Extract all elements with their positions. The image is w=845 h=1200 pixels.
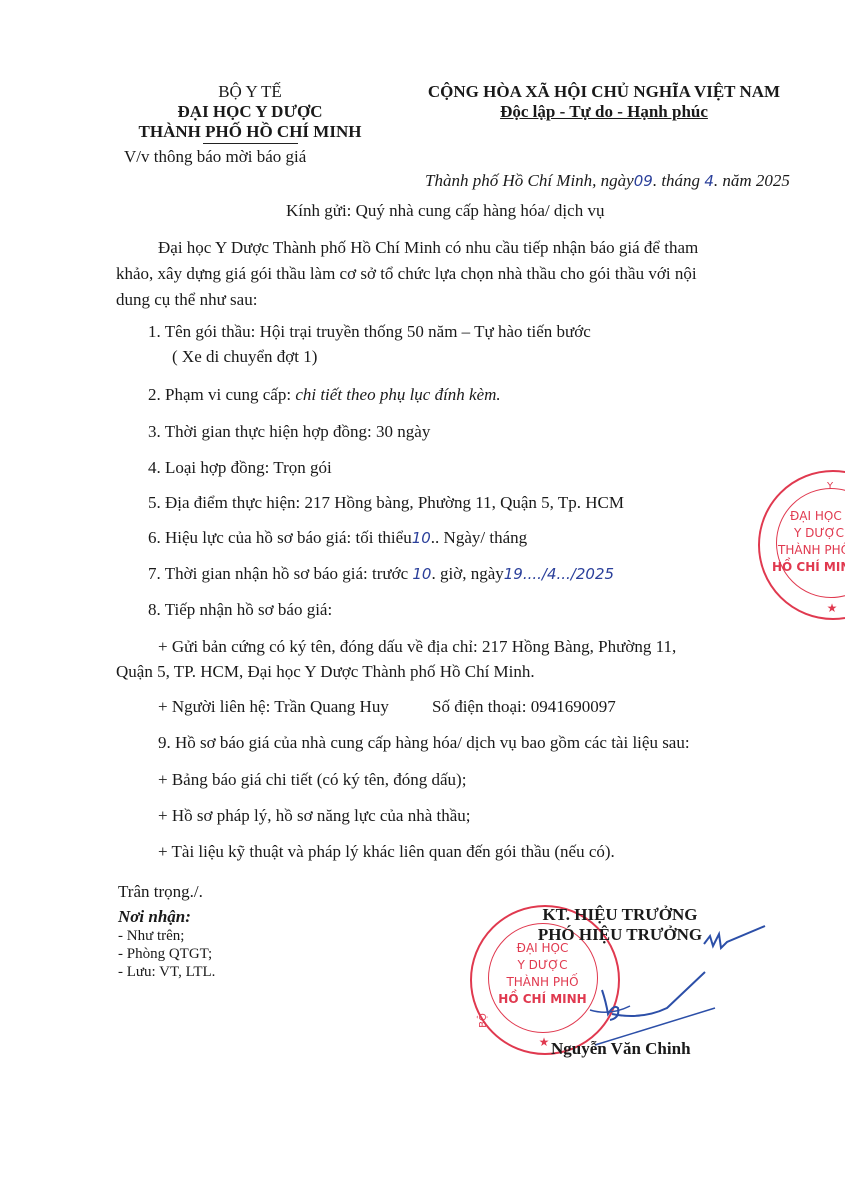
item-8-contact: + Người liên hệ: Trần Quang Huy [158, 697, 389, 717]
intro-line1: Đại học Y Dược Thành phố Hồ Chí Minh có … [158, 238, 698, 258]
item-9-c: + Tài liệu kỹ thuật và pháp lý khác liên… [158, 842, 615, 862]
partial-stamp-top-letter: Y [824, 478, 836, 495]
item-8: 8. Tiếp nhận hồ sơ báo giá: [148, 600, 332, 620]
item-9: 9. Hồ sơ báo giá của nhà cung cấp hàng h… [158, 733, 690, 753]
item-7: 7. Thời gian nhận hồ sơ báo giá: trước 1… [148, 564, 614, 584]
signatory-title1: KT. HIỆU TRƯỞNG [520, 905, 720, 925]
deadline-hour-handwritten: 10 [412, 565, 431, 583]
deadline-date-handwritten: 19..../4.../2025 [504, 565, 614, 583]
signature-block: KT. HIỆU TRƯỞNG PHÓ HIỆU TRƯỞNG [520, 905, 720, 945]
header-right: CỘNG HÒA XÃ HỘI CHỦ NGHĨA VIỆT NAM Độc l… [404, 82, 804, 122]
subject-line: V/v thông báo mời báo giá [124, 147, 306, 167]
stamp-side-text: BỘ [475, 1013, 492, 1028]
signatory-title2: PHÓ HIỆU TRƯỞNG [520, 925, 720, 945]
stamp-text: ĐẠI HỌC Y DƯỢC THÀNH PHỐ HỒ CHÍ MINH [490, 940, 595, 1008]
header-left: BỘ Y TẾ ĐẠI HỌC Y DƯỢC THÀNH PHỐ HỒ CHÍ … [110, 82, 390, 144]
item-2: 2. Phạm vi cung cấp: chi tiết theo phụ l… [148, 385, 501, 405]
motto: Độc lập - Tự do - Hạnh phúc [404, 102, 804, 122]
item-6: 6. Hiệu lực của hồ sơ báo giá: tối thiểu… [148, 528, 527, 548]
recipient-3: - Lưu: VT, LTL. [118, 964, 215, 981]
university-name-line2: THÀNH PHỐ HỒ CHÍ MINH [110, 122, 390, 142]
recipient-2: - Phòng QTGT; [118, 946, 212, 963]
item-5: 5. Địa điểm thực hiện: 217 Hồng bàng, Ph… [148, 493, 624, 513]
recipient-1: - Như trên; [118, 928, 184, 945]
item-3: 3. Thời gian thực hiện hợp đồng: 30 ngày [148, 422, 430, 442]
item-1-line1: 1. Tên gói thầu: Hội trại truyền thống 5… [148, 322, 591, 342]
university-name-line1: ĐẠI HỌC Y DƯỢC [110, 102, 390, 122]
item-4: 4. Loại hợp đồng: Trọn gói [148, 458, 332, 478]
regards: Trân trọng./. [118, 882, 203, 902]
ministry-name: BỘ Y TẾ [110, 82, 390, 102]
item-1-line2: ( Xe di chuyển đợt 1) [172, 347, 317, 367]
salutation: Kính gửi: Quý nhà cung cấp hàng hóa/ dịc… [286, 201, 604, 221]
item-9-a: + Bảng báo giá chi tiết (có ký tên, đóng… [158, 770, 466, 790]
validity-handwritten: 10 [412, 529, 431, 547]
intro-line2: khảo, xây dựng giá gói thầu làm cơ sở tổ… [116, 264, 697, 284]
item-8-address-line2: Quận 5, TP. HCM, Đại học Y Dược Thành ph… [116, 662, 535, 682]
item-8-address-line1: + Gửi bản cứng có ký tên, đóng dấu về đị… [158, 637, 676, 657]
date-day-handwritten: 09 [634, 172, 653, 190]
date-month-handwritten: 4 [704, 172, 714, 190]
partial-stamp-star-icon: ★ [822, 600, 842, 617]
item-9-b: + Hồ sơ pháp lý, hồ sơ năng lực của nhà … [158, 806, 471, 826]
partial-stamp-text: ĐẠI HỌC Y DƯỢC THÀNH PHỐ HỒ CHÍ MINH [772, 508, 845, 576]
country-name: CỘNG HÒA XÃ HỘI CHỦ NGHĨA VIỆT NAM [404, 82, 804, 102]
recipients-label: Nơi nhận: [118, 907, 191, 927]
signatory-name: Nguyễn Văn Chinh [551, 1039, 691, 1059]
item-8-phone: Số điện thoại: 0941690097 [432, 697, 616, 717]
header-left-divider [203, 143, 298, 144]
date-line: Thành phố Hồ Chí Minh, ngày09. tháng 4. … [425, 171, 790, 191]
intro-line3: dung cụ thể như sau: [116, 290, 257, 310]
